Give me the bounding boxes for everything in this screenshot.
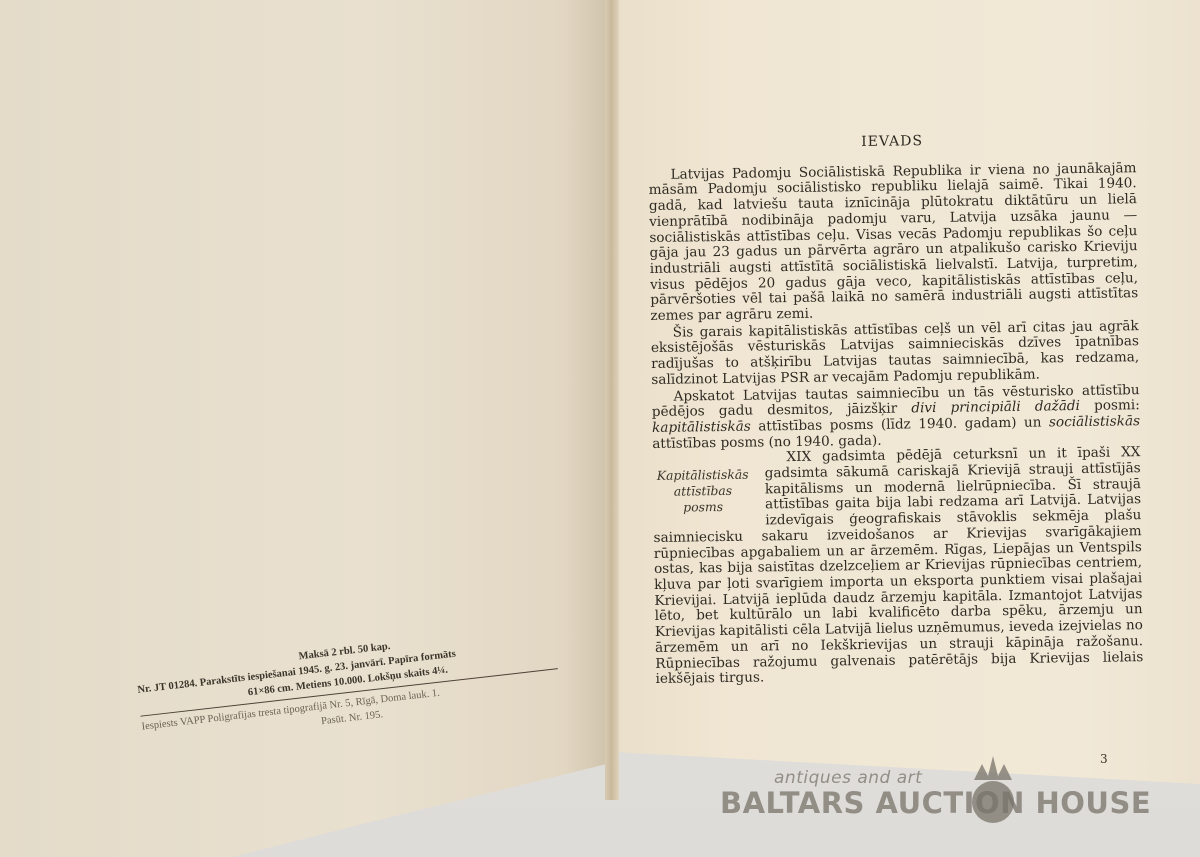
p3-emphasis: sociālistiskās <box>1049 413 1140 430</box>
page-number: 3 <box>1100 752 1108 766</box>
margin-sidenote: Kapitālistiskās attīstības posms <box>653 467 754 516</box>
right-page-text: IEVADS Latvijas Padomju Sociālistiskā Re… <box>648 131 1144 688</box>
paragraph-2: Šis garais kapitālistiskās attīstības ce… <box>651 319 1140 389</box>
p3-text: attīstības posms (līdz 1940. gadam) un <box>751 414 1049 434</box>
section-with-sidenote: Kapitālistiskās attīstības posms XIX gad… <box>652 446 1143 688</box>
watermark-tagline: antiques and art <box>774 768 922 788</box>
p3-emphasis: kapitālistiskās <box>652 419 751 436</box>
p3-text: posmi: <box>1080 397 1140 414</box>
paragraph-1: Latvijas Padomju Sociālistiskā Republika… <box>648 161 1138 325</box>
watermark-brand: BALTARS AUCTION HOUSE <box>720 786 1151 820</box>
paragraph-3: Apskatot Latvijas tautas saimniecību un … <box>652 383 1141 453</box>
book-gutter <box>605 0 619 800</box>
watermark: antiques and art BALTARS AUCTION HOUSE <box>720 768 1120 828</box>
